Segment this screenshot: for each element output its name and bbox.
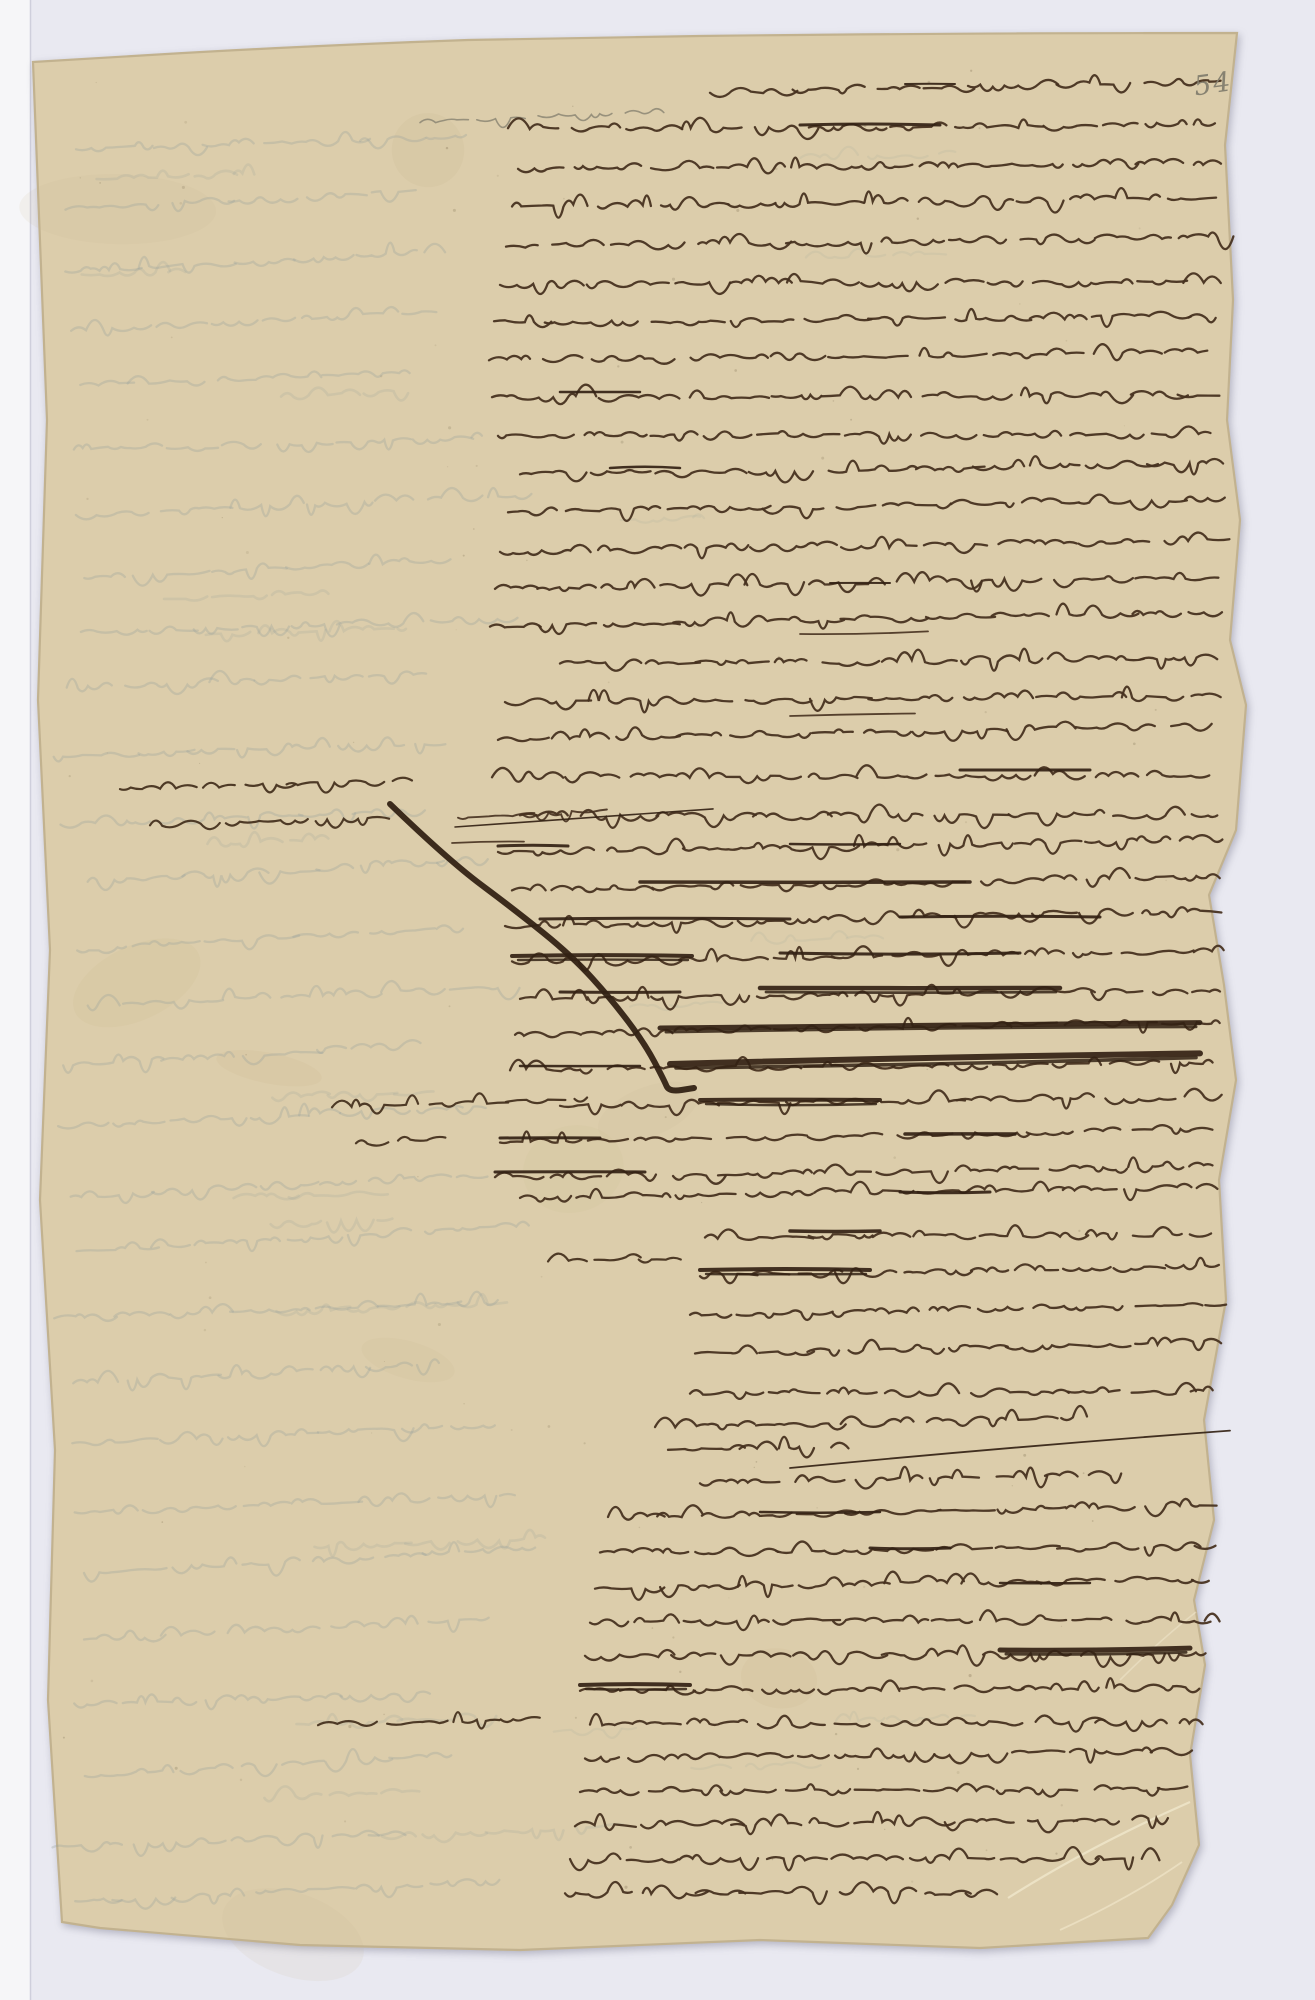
strikethrough: [512, 955, 692, 956]
speckle: [511, 1429, 513, 1431]
speckle: [456, 629, 457, 630]
speckle: [917, 217, 919, 219]
speckle: [833, 400, 835, 402]
speckle: [182, 186, 185, 189]
speckle: [743, 1718, 744, 1719]
speckle: [175, 1767, 178, 1770]
speckle: [756, 1461, 758, 1463]
speckle: [548, 1425, 551, 1428]
speckle: [96, 82, 97, 83]
speckle: [204, 1329, 206, 1331]
bleed-line: [962, 1715, 975, 1716]
speckle: [245, 1054, 247, 1056]
speckle: [927, 1069, 928, 1070]
page-number: 54: [1192, 66, 1234, 102]
speckle: [893, 1156, 896, 1159]
speckle: [694, 626, 695, 627]
strikethrough: [580, 1684, 690, 1685]
speckle: [384, 1361, 385, 1362]
speckle: [353, 742, 354, 743]
speckle: [69, 775, 71, 777]
speckle: [986, 1849, 988, 1851]
strikethrough: [900, 916, 1100, 917]
speckle: [575, 1717, 577, 1719]
speckle: [979, 127, 981, 129]
speckle: [171, 337, 173, 339]
speckle: [476, 465, 478, 467]
speckle: [572, 106, 573, 107]
speckle: [1061, 1626, 1062, 1627]
speckle: [1083, 1472, 1085, 1474]
strikethrough: [760, 1512, 880, 1513]
speckle: [629, 1846, 632, 1849]
speckle: [199, 763, 200, 764]
speckle: [754, 1467, 755, 1468]
speckle: [463, 555, 465, 557]
speckle: [417, 1176, 418, 1177]
strikethrough: [1000, 1648, 1190, 1650]
speckle: [857, 1768, 859, 1770]
speckle: [1055, 1853, 1057, 1855]
speckle: [99, 182, 101, 184]
speckle: [1139, 227, 1141, 229]
speckle: [526, 560, 527, 561]
speckle: [621, 441, 624, 444]
speckle: [86, 498, 88, 500]
strikethrough: [870, 1548, 950, 1549]
speckle: [448, 426, 451, 429]
strikethrough: [900, 1192, 990, 1193]
speckle: [541, 1276, 543, 1278]
strikethrough: [586, 1689, 686, 1690]
speckle: [222, 517, 223, 518]
speckle: [371, 1432, 372, 1433]
speckle: [701, 1202, 702, 1203]
speckle: [1129, 1126, 1130, 1127]
speckle: [617, 365, 619, 367]
scanned-manuscript-page: 54: [0, 0, 1315, 2000]
scanner-left-strip: [0, 0, 30, 2000]
speckle: [736, 209, 739, 212]
strikethrough: [780, 953, 1020, 954]
speckle: [209, 1296, 212, 1299]
speckle: [672, 1636, 674, 1638]
speckle: [734, 369, 737, 372]
speckle: [1165, 880, 1166, 881]
speckle: [639, 1527, 641, 1529]
speckle: [438, 1323, 441, 1326]
speckle: [91, 1680, 94, 1683]
manuscript-scan-canvas: 54: [0, 0, 1315, 2000]
speckle: [1019, 303, 1021, 305]
speckle: [453, 209, 456, 212]
speckle: [679, 1671, 681, 1673]
speckle: [850, 419, 852, 421]
speckle: [63, 1737, 65, 1739]
speckle: [890, 812, 891, 813]
speckle: [473, 528, 475, 530]
strikethrough: [800, 124, 940, 125]
strikethrough: [540, 918, 790, 919]
speckle: [835, 1733, 837, 1735]
speckle: [772, 1859, 774, 1861]
speckle: [287, 637, 289, 639]
speckle: [728, 1597, 729, 1598]
strikethrough: [766, 992, 1056, 993]
speckle: [1012, 1485, 1013, 1486]
speckle: [161, 1521, 163, 1523]
speckle: [1023, 1454, 1026, 1457]
speckle: [447, 466, 448, 467]
speckle: [624, 1886, 627, 1889]
speckle: [884, 1829, 885, 1830]
handwriting-line: [1205, 1305, 1226, 1306]
speckle: [1133, 742, 1136, 745]
speckle: [985, 711, 987, 713]
speckle: [147, 419, 149, 421]
speckle: [965, 821, 967, 823]
strikethrough: [790, 844, 900, 845]
speckle: [584, 1442, 586, 1444]
speckle: [970, 70, 972, 72]
speckle: [179, 202, 182, 205]
speckle: [449, 1005, 451, 1007]
speckle: [205, 1262, 207, 1264]
speckle: [1155, 709, 1157, 711]
speckle: [896, 848, 899, 851]
speckle: [1066, 340, 1068, 342]
speckle: [1061, 1804, 1063, 1806]
speckle: [1078, 1230, 1080, 1232]
strikethrough: [498, 845, 568, 846]
speckle: [816, 1507, 817, 1508]
speckle: [244, 1466, 245, 1467]
speckle: [608, 681, 610, 683]
speckle: [1124, 425, 1125, 426]
strikethrough: [706, 1104, 876, 1105]
speckle: [821, 457, 824, 460]
speckle: [435, 344, 437, 346]
speckle: [863, 1586, 865, 1588]
speckle: [563, 198, 565, 200]
speckle: [383, 1714, 385, 1716]
speckle: [969, 1674, 972, 1677]
speckle: [957, 1771, 960, 1774]
speckle: [672, 278, 675, 281]
speckle: [246, 551, 249, 554]
speckle: [1092, 1520, 1094, 1522]
speckle: [665, 1116, 667, 1118]
speckle: [911, 1881, 913, 1883]
strikethrough: [610, 467, 680, 468]
strikethrough: [700, 1269, 870, 1270]
handwriting-line: [938, 1510, 995, 1511]
strikethrough: [790, 1231, 880, 1232]
speckle: [497, 175, 499, 177]
speckle: [652, 1627, 654, 1629]
speckle: [344, 1820, 346, 1822]
speckle: [240, 1779, 242, 1781]
speckle: [184, 121, 187, 124]
speckle: [446, 147, 448, 149]
speckle: [80, 177, 81, 178]
speckle: [463, 1403, 464, 1404]
